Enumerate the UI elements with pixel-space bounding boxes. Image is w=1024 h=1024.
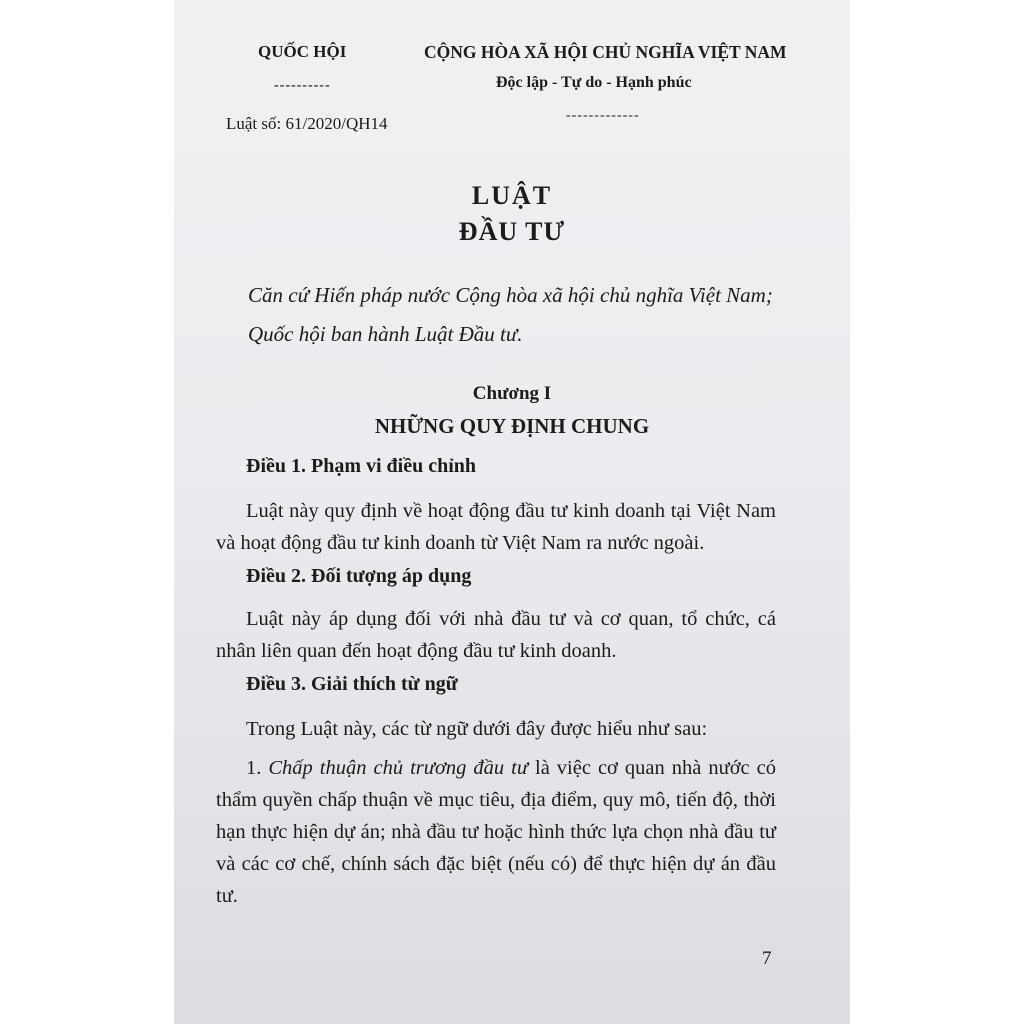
page-number: 7 xyxy=(762,948,772,970)
article-1-text: Luật này quy định về hoạt động đầu tư ki… xyxy=(216,500,776,554)
article-3-heading: Điều 3. Giải thích từ ngữ xyxy=(246,673,458,696)
preamble-line-2: Quốc hội ban hành Luật Đầu tư. xyxy=(248,322,523,347)
article-3-intro-text: Trong Luật này, các từ ngữ dưới đây được… xyxy=(246,718,707,740)
document-title-line2: ĐẦU TƯ xyxy=(174,217,850,247)
article-3-clause-1: 1. Chấp thuận chủ trương đầu tư là việc … xyxy=(216,752,776,912)
document-page: QUỐC HỘI ---------- CỘNG HÒA XÃ HỘI CHỦ … xyxy=(174,0,850,1024)
issuing-body: QUỐC HỘI xyxy=(258,42,346,62)
chapter-number: Chương I xyxy=(174,383,850,405)
article-2-text: Luật này áp dụng đối với nhà đầu tư và c… xyxy=(216,608,776,662)
motto-divider: ------------- xyxy=(566,108,640,124)
document-title-line1: LUẬT xyxy=(174,181,850,211)
preamble-line-1: Căn cứ Hiến pháp nước Cộng hòa xã hội ch… xyxy=(248,283,773,308)
article-3-intro: Trong Luật này, các từ ngữ dưới đây được… xyxy=(216,713,776,745)
chapter-title: NHỮNG QUY ĐỊNH CHUNG xyxy=(174,414,850,439)
defined-term: Chấp thuận chủ trương đầu tư xyxy=(268,757,528,779)
issuing-body-divider: ---------- xyxy=(274,78,331,94)
law-number: Luật số: 61/2020/QH14 xyxy=(226,114,388,134)
article-1-body: Luật này quy định về hoạt động đầu tư ki… xyxy=(216,495,776,559)
article-2-body: Luật này áp dụng đối với nhà đầu tư và c… xyxy=(216,603,776,667)
clause-text: là việc cơ quan nhà nước có thẩm quyền c… xyxy=(216,757,776,907)
article-1-heading: Điều 1. Phạm vi điều chỉnh xyxy=(246,455,476,478)
article-2-heading: Điều 2. Đối tượng áp dụng xyxy=(246,565,471,588)
national-title: CỘNG HÒA XÃ HỘI CHỦ NGHĨA VIỆT NAM xyxy=(424,42,787,63)
national-motto: Độc lập - Tự do - Hạnh phúc xyxy=(496,74,692,92)
clause-number: 1. xyxy=(246,757,261,779)
